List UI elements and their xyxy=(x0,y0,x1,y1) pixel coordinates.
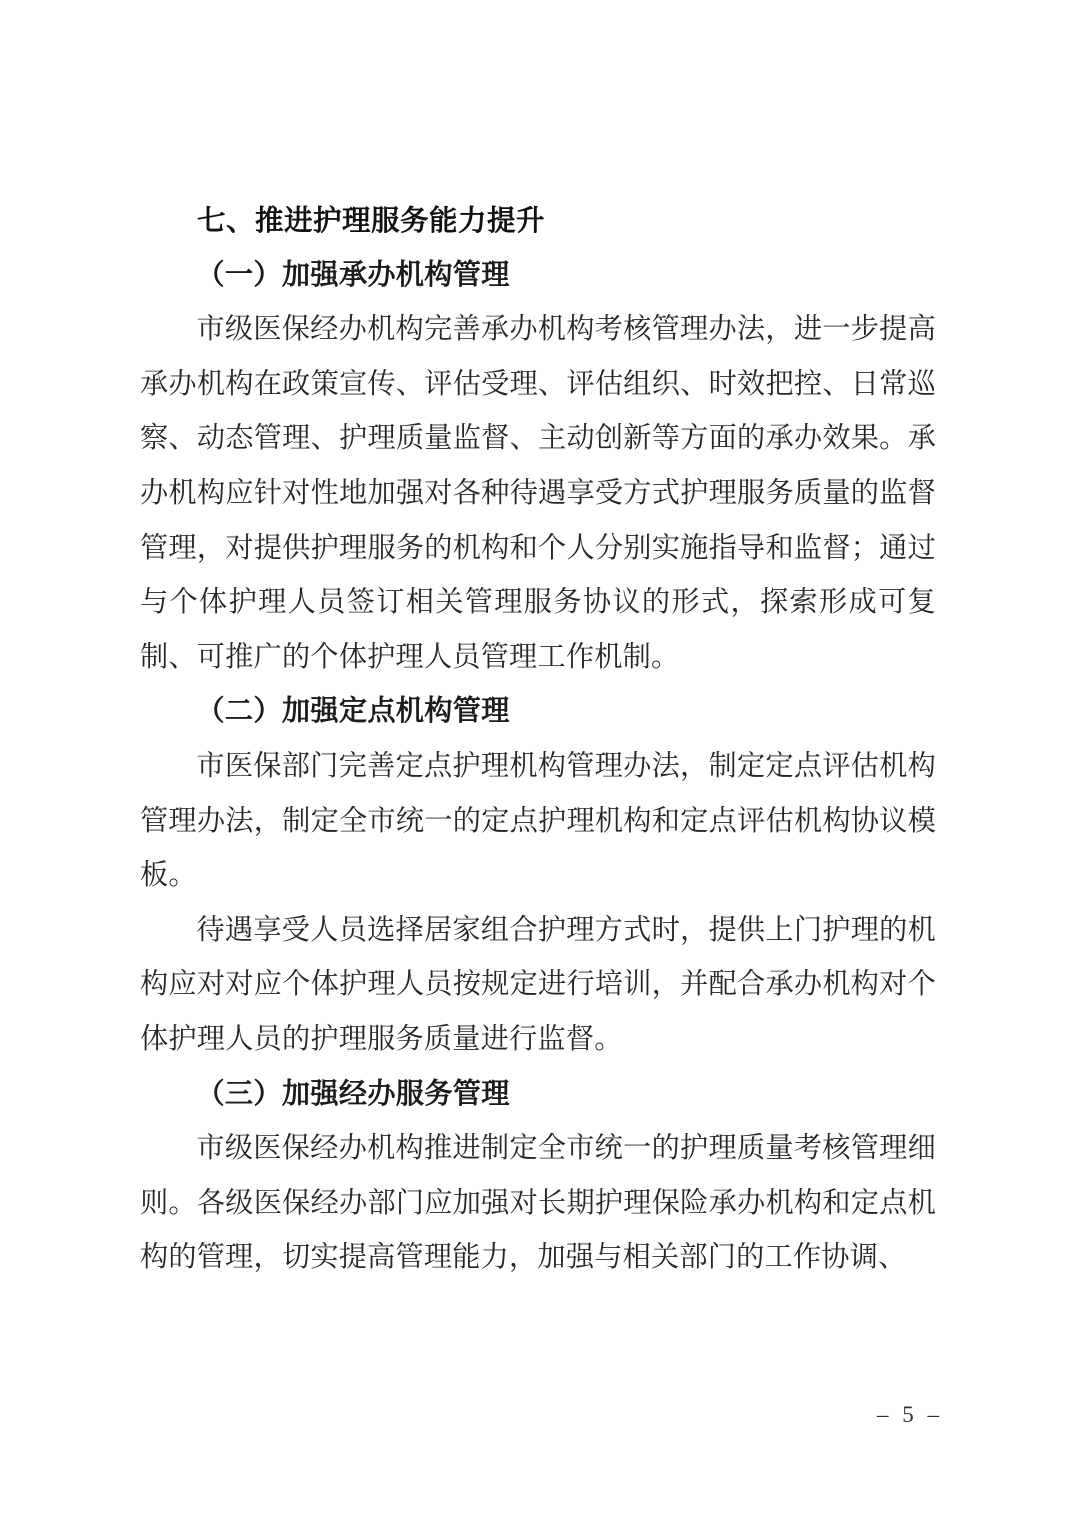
paragraph-3: 待遇享受人员选择居家组合护理方式时，提供上门护理的机构应对对应个体护理人员按规定… xyxy=(140,904,936,1068)
subsection-title-1: （一）加强承办机构管理 xyxy=(140,249,936,304)
document-page: 七、推进护理服务能力提升 （一）加强承办机构管理 市级医保经办机构完善承办机构考… xyxy=(0,0,1074,1520)
paragraph-1: 市级医保经办机构完善承办机构考核管理办法，进一步提高承办机构在政策宣传、评估受理… xyxy=(140,303,936,685)
paragraph-4: 市级医保经办机构推进制定全市统一的护理质量考核管理细则。各级医保经办部门应加强对… xyxy=(140,1122,936,1286)
document-content: 七、推进护理服务能力提升 （一）加强承办机构管理 市级医保经办机构完善承办机构考… xyxy=(140,194,936,1286)
section-heading: 七、推进护理服务能力提升 xyxy=(140,194,936,249)
subsection-title-2: （二）加强定点机构管理 xyxy=(140,685,936,740)
paragraph-2: 市医保部门完善定点护理机构管理办法，制定定点评估机构管理办法，制定全市统一的定点… xyxy=(140,740,936,904)
subsection-title-3: （三）加强经办服务管理 xyxy=(140,1068,936,1123)
page-number: – 5 – xyxy=(860,1402,960,1428)
